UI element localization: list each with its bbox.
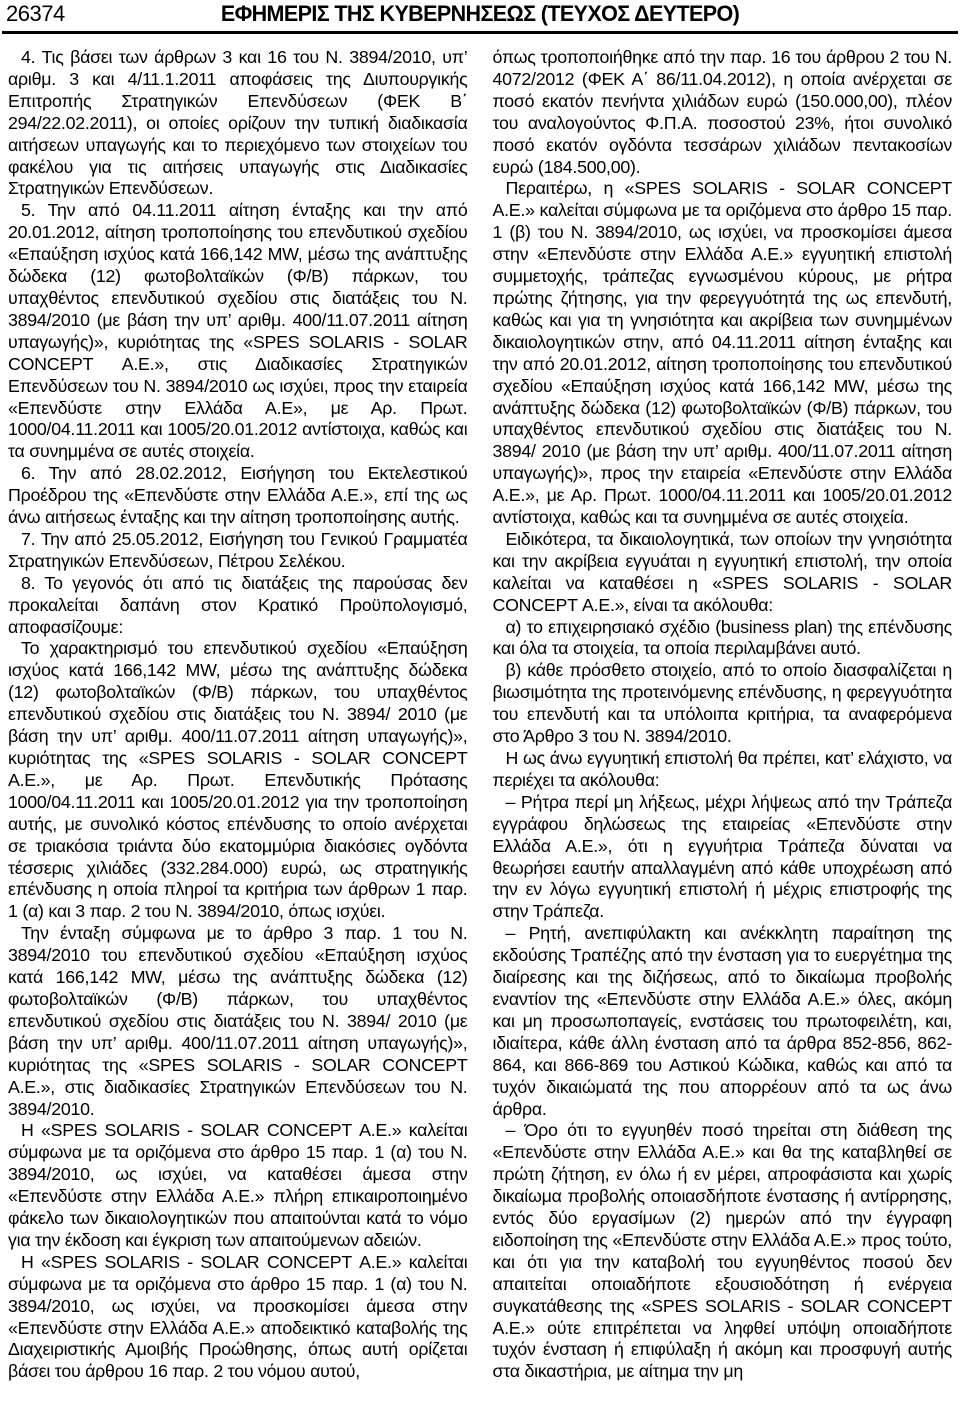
paragraph-item-6: 6. Την από 28.02.2012, Εισήγηση του Εκτε… [8,463,468,529]
paragraph-obligation-fee: Η «SPES SOLARIS - SOLAR CONCEPT Α.Ε.» κα… [8,1252,468,1383]
right-column: όπως τροποποιήθηκε από την παρ. 16 του ά… [493,47,953,1383]
paragraph-item-b: β) κάθε πρόσθετο στοιχείο, από το οποίο … [493,660,953,748]
page-title: ΕΦΗΜΕΡΙΣ ΤΗΣ ΚΥΒΕΡΝΗΣΕΩΣ (ΤΕΥΧΟΣ ΔΕΥΤΕΡΟ… [0,2,960,28]
two-column-body: 4. Τις βάσει των άρθρων 3 και 16 του Ν. … [0,34,960,1383]
paragraph-decision-inclusion: Την ένταξη σύμφωνα με το άρθρο 3 παρ. 1 … [8,923,468,1120]
paragraph-item-5: 5. Την από 04.11.2011 αίτηση ένταξης και… [8,200,468,463]
paragraph-fee-continuation: όπως τροποποιήθηκε από την παρ. 16 του ά… [493,47,953,178]
paragraph-decision-characterization: Το χαρακτηρισμό του επενδυτικού σχεδίου … [8,638,468,923]
paragraph-obligation-dossier: Η «SPES SOLARIS - SOLAR CONCEPT Α.Ε.» κα… [8,1120,468,1251]
paragraph-clause-availability: – Όρο ότι το εγγυηθέν ποσό τηρείται στη … [493,1120,953,1383]
paragraph-item-7: 7. Την από 25.05.2012, Εισήγηση του Γενι… [8,529,468,573]
paragraph-documents-intro: Ειδικότερα, τα δικαιολογητικά, των οποίω… [493,529,953,617]
left-column: 4. Τις βάσει των άρθρων 3 και 16 του Ν. … [8,47,468,1383]
paragraph-item-a: α) το επιχειρησιακό σχέδιο (business pla… [493,617,953,661]
paragraph-letter-requirements-intro: Η ως άνω εγγυητική επιστολή θα πρέπει, κ… [493,748,953,792]
page-header: 26374 ΕΦΗΜΕΡΙΣ ΤΗΣ ΚΥΒΕΡΝΗΣΕΩΣ (ΤΕΥΧΟΣ Δ… [0,0,960,29]
gazette-page: 26374 ΕΦΗΜΕΡΙΣ ΤΗΣ ΚΥΒΕΡΝΗΣΕΩΣ (ΤΕΥΧΟΣ Δ… [0,0,960,1425]
paragraph-clause-waiver: – Ρητή, ανεπιφύλακτη και ανέκκλητη παραί… [493,923,953,1120]
paragraph-guarantee-letter: Περαιτέρω, η «SPES SOLARIS - SOLAR CONCE… [493,178,953,529]
paragraph-item-8: 8. Το γεγονός ότι από τις διατάξεις της … [8,573,468,639]
paragraph-clause-no-expiry: – Ρήτρα περί μη λήξεως, μέχρι λήψεως από… [493,792,953,923]
paragraph-item-4: 4. Τις βάσει των άρθρων 3 και 16 του Ν. … [8,47,468,200]
